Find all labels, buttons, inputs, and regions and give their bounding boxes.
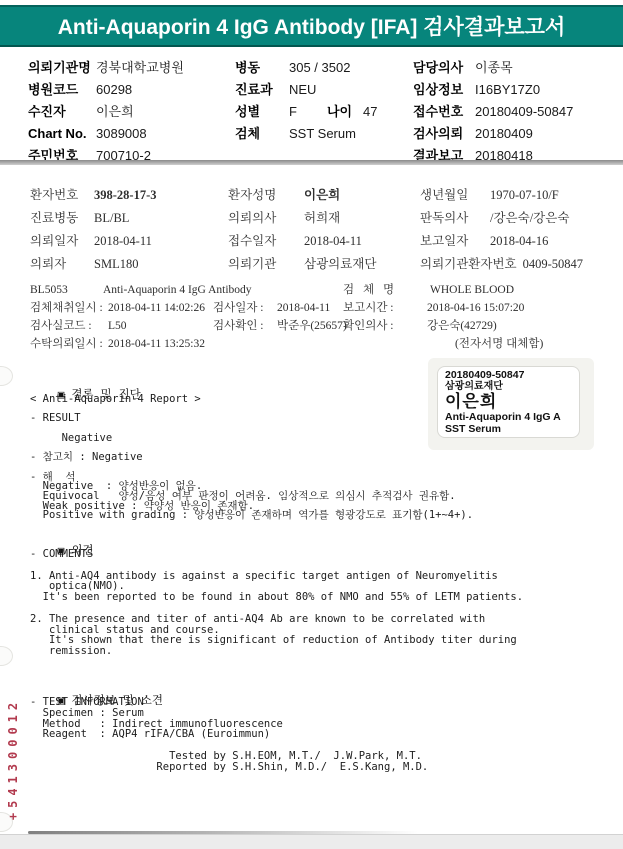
text-line bbox=[30, 405, 473, 415]
field-value: 이은희 bbox=[304, 188, 340, 202]
specimen-value: WHOLE BLOOD bbox=[430, 281, 514, 299]
text-line: remission. bbox=[30, 646, 523, 657]
test-order-block: BL5053 Anti-Aquaporin 4 IgG Antibody 검 체… bbox=[0, 281, 623, 361]
section-opinion-body: - COMMENTS 1. Anti-AQ4 antibody is again… bbox=[30, 549, 523, 657]
field-label: 보고시간 : bbox=[343, 299, 427, 317]
text-line: - RESULT bbox=[30, 414, 473, 424]
esign-note: (전자서명 대체함) bbox=[455, 335, 543, 353]
test-field: 보고시간 :2018-04-16 15:07:20 bbox=[343, 299, 524, 317]
field-value: 강은숙(42729) bbox=[427, 320, 497, 332]
text-line: It's been reported to be found in about … bbox=[30, 592, 523, 603]
field-value: 2018-04-11 14:02:26 bbox=[108, 302, 205, 314]
header-field: 담당의사이종목 bbox=[413, 57, 573, 79]
field-value: 20180409 bbox=[475, 126, 533, 141]
field-value: 이은희 bbox=[96, 104, 134, 119]
field-label: 수진자 bbox=[28, 101, 96, 123]
field-value: 허희재 bbox=[304, 211, 340, 225]
header-info: 의뢰기관명경북대학교병원 병원코드60298 수진자이은희 Chart No.3… bbox=[0, 57, 623, 163]
header-field: 의뢰기관명경북대학교병원 bbox=[28, 57, 184, 79]
text-line: Reagent : AQP4 rIFA/CBA (Euroimmun) bbox=[30, 729, 428, 740]
text-line bbox=[30, 463, 473, 473]
sticker-accession-number: 20180409-50847 bbox=[445, 370, 579, 381]
field-label: 의뢰기관환자번호 bbox=[420, 253, 517, 276]
field-label: 검사확인 : bbox=[213, 317, 277, 335]
field-label: 검체 bbox=[235, 123, 289, 145]
field-value: 3089008 bbox=[96, 126, 147, 141]
header-field-sex-age: 성별F나이47 bbox=[235, 101, 377, 123]
section-test-info-body: - TEST INFORMATION Specimen : Serum Meth… bbox=[30, 697, 428, 773]
field-label: 생년월일 bbox=[420, 184, 484, 207]
header-col-left: 의뢰기관명경북대학교병원 병원코드60298 수진자이은희 Chart No.3… bbox=[28, 57, 184, 167]
patient-col-right: 생년월일1970-07-10/F 판독의사/강은숙/강은숙 보고일자2018-0… bbox=[420, 184, 583, 276]
test-field: 검사실코드 :L50 bbox=[30, 317, 205, 335]
patient-field: 의뢰기관환자번호0409-50847 bbox=[420, 253, 583, 276]
header-col-middle: 병동305 / 3502 진료과NEU 성별F나이47 검체SST Serum bbox=[235, 57, 377, 145]
header-field: 검사의뢰20180409 bbox=[413, 123, 573, 145]
text-line: Positive with grading : 양성반응이 존재하며 역가를 형… bbox=[30, 511, 473, 521]
field-value: 2018-04-11 bbox=[277, 302, 330, 314]
header-field: 접수번호20180409-50847 bbox=[413, 101, 573, 123]
lab-report-page: Anti-Aquaporin 4 IgG Antibody [IFA] 검사결과… bbox=[0, 0, 623, 849]
sticker-organization: 삼광의료재단 bbox=[445, 381, 579, 392]
field-value: 삼광의료재단 bbox=[304, 257, 376, 271]
field-value: BL/BL bbox=[94, 211, 129, 225]
field-value: L50 bbox=[108, 320, 127, 332]
patient-field: 의뢰기관삼광의료재단 bbox=[228, 253, 376, 276]
patient-field: 진료병동BL/BL bbox=[30, 207, 157, 230]
patient-field: 의뢰의사허희재 bbox=[228, 207, 376, 230]
patient-field: 의뢰자SML180 bbox=[30, 253, 157, 276]
field-value: /강은숙/강은숙 bbox=[490, 211, 569, 225]
field-value: 2018-04-11 13:25:32 bbox=[108, 338, 205, 350]
field-label: 담당의사 bbox=[413, 57, 475, 79]
header-field: 병원코드60298 bbox=[28, 79, 184, 101]
text-line: - COMMENTS bbox=[30, 549, 523, 560]
field-label: 검사일자 : bbox=[213, 299, 277, 317]
test-field: 검사확인 :박준우(25657) bbox=[213, 317, 347, 335]
test-col-right: 보고시간 :2018-04-16 15:07:20 확인의사 :강은숙(4272… bbox=[343, 299, 524, 335]
field-value: F bbox=[289, 101, 327, 123]
field-label: 판독의사 bbox=[420, 207, 484, 230]
test-field: 확인의사 :강은숙(42729) bbox=[343, 317, 524, 335]
test-code: BL5053 bbox=[30, 281, 68, 299]
field-value: 2018-04-11 bbox=[304, 234, 362, 248]
field-label: 진료병동 bbox=[30, 207, 94, 230]
patient-field: 환자번호398-28-17-3 bbox=[30, 184, 157, 207]
field-label: 검사실코드 : bbox=[30, 317, 108, 335]
text-line: Specimen : Serum bbox=[30, 708, 428, 719]
header-field: 병동305 / 3502 bbox=[235, 57, 377, 79]
bottom-strip bbox=[0, 834, 623, 849]
field-value: NEU bbox=[289, 82, 316, 97]
field-value: 경북대학교병원 bbox=[96, 60, 184, 75]
header-field: Chart No.3089008 bbox=[28, 123, 184, 145]
text-line: - 참고치 : Negative bbox=[30, 453, 473, 463]
field-label: 임상정보 bbox=[413, 79, 475, 101]
patient-field: 접수일자2018-04-11 bbox=[228, 230, 376, 253]
test-field: 검사일자 :2018-04-11 bbox=[213, 299, 347, 317]
field-label: 의뢰자 bbox=[30, 253, 94, 276]
field-value: SST Serum bbox=[289, 126, 356, 141]
page-title: Anti-Aquaporin 4 IgG Antibody [IFA] 검사결과… bbox=[58, 11, 566, 41]
patient-col-middle: 환자성명이은희 의뢰의사허희재 접수일자2018-04-11 의뢰기관삼광의료재… bbox=[228, 184, 376, 276]
field-label: 성별 bbox=[235, 101, 289, 123]
field-label: 환자번호 bbox=[30, 184, 94, 207]
text-line: 2. The presence and titer of anti-AQ4 Ab… bbox=[30, 614, 523, 625]
text-line: Reported by S.H.Shin, M.D./ E.S.Kang, M.… bbox=[30, 762, 428, 773]
field-label: Chart No. bbox=[28, 123, 96, 145]
patient-col-left: 환자번호398-28-17-3 진료병동BL/BL 의뢰일자2018-04-11… bbox=[30, 184, 157, 276]
field-label: 검사의뢰 bbox=[413, 123, 475, 145]
field-label: 확인의사 : bbox=[343, 317, 427, 335]
field-value: SML180 bbox=[94, 257, 138, 271]
field-value: 2018-04-16 15:07:20 bbox=[427, 302, 524, 314]
field-value: 60298 bbox=[96, 82, 132, 97]
patient-field: 환자성명이은희 bbox=[228, 184, 376, 207]
test-title-row: BL5053 Anti-Aquaporin 4 IgG Antibody 검 체… bbox=[0, 281, 623, 299]
form-control-number: +541300012 bbox=[6, 684, 20, 834]
field-value: 20180409-50847 bbox=[475, 104, 573, 119]
field-label: 환자성명 bbox=[228, 184, 304, 207]
field-value: 47 bbox=[363, 104, 377, 119]
field-label: 의뢰기관 bbox=[228, 253, 304, 276]
specimen-label: 검 체 명 bbox=[343, 281, 397, 299]
text-line: < Anti-Aquaporin-4 Report > bbox=[30, 395, 473, 405]
punch-hole-artifact bbox=[0, 366, 13, 386]
field-value: 305 / 3502 bbox=[289, 60, 350, 75]
test-field: 수탁의뢰일시 :2018-04-11 13:25:32 bbox=[30, 335, 205, 353]
header-field: 임상정보I16BY17Z0 bbox=[413, 79, 573, 101]
field-label: 의뢰기관명 bbox=[28, 57, 96, 79]
field-label: 검체채취일시 : bbox=[30, 299, 108, 317]
patient-field: 의뢰일자2018-04-11 bbox=[30, 230, 157, 253]
punch-hole-artifact bbox=[0, 646, 13, 666]
field-value: 1970-07-10/F bbox=[490, 188, 559, 202]
text-line bbox=[30, 560, 523, 571]
field-label: 진료과 bbox=[235, 79, 289, 101]
field-label: 접수일자 bbox=[228, 230, 304, 253]
header-field: 검체SST Serum bbox=[235, 123, 377, 145]
field-value: 이종목 bbox=[475, 60, 513, 75]
text-line: Negative bbox=[30, 434, 473, 444]
test-name: Anti-Aquaporin 4 IgG Antibody bbox=[103, 281, 252, 299]
patient-field: 생년월일1970-07-10/F bbox=[420, 184, 583, 207]
field-label: 나이 bbox=[327, 101, 363, 123]
field-label: 병동 bbox=[235, 57, 289, 79]
field-value: 0409-50847 bbox=[523, 257, 583, 271]
field-value: I16BY17Z0 bbox=[475, 82, 540, 97]
field-value: 2018-04-16 bbox=[490, 234, 548, 248]
field-label: 의뢰일자 bbox=[30, 230, 94, 253]
header-col-right: 담당의사이종목 임상정보I16BY17Z0 접수번호20180409-50847… bbox=[413, 57, 573, 167]
field-value: 박준우(25657) bbox=[277, 320, 347, 332]
separator-line bbox=[0, 160, 623, 165]
field-value: 398-28-17-3 bbox=[94, 188, 157, 202]
test-col-middle: 검사일자 :2018-04-11 검사확인 :박준우(25657) bbox=[213, 299, 347, 335]
patient-field: 보고일자2018-04-16 bbox=[420, 230, 583, 253]
report-title-banner: Anti-Aquaporin 4 IgG Antibody [IFA] 검사결과… bbox=[0, 5, 623, 47]
patient-info: 환자번호398-28-17-3 진료병동BL/BL 의뢰일자2018-04-11… bbox=[0, 184, 623, 278]
field-label: 병원코드 bbox=[28, 79, 96, 101]
field-label: 보고일자 bbox=[420, 230, 484, 253]
field-label: 수탁의뢰일시 : bbox=[30, 335, 108, 353]
field-value: 2018-04-11 bbox=[94, 234, 152, 248]
patient-field: 판독의사/강은숙/강은숙 bbox=[420, 207, 583, 230]
header-field: 진료과NEU bbox=[235, 79, 377, 101]
header-field: 수진자이은희 bbox=[28, 101, 184, 123]
test-field: 검체채취일시 :2018-04-11 14:02:26 bbox=[30, 299, 205, 317]
test-col-left: 검체채취일시 :2018-04-11 14:02:26 검사실코드 :L50 수… bbox=[30, 299, 205, 353]
field-label: 의뢰의사 bbox=[228, 207, 304, 230]
field-label: 접수번호 bbox=[413, 101, 475, 123]
section-conclusion-body: < Anti-Aquaporin-4 Report > - RESULT Neg… bbox=[30, 395, 473, 521]
